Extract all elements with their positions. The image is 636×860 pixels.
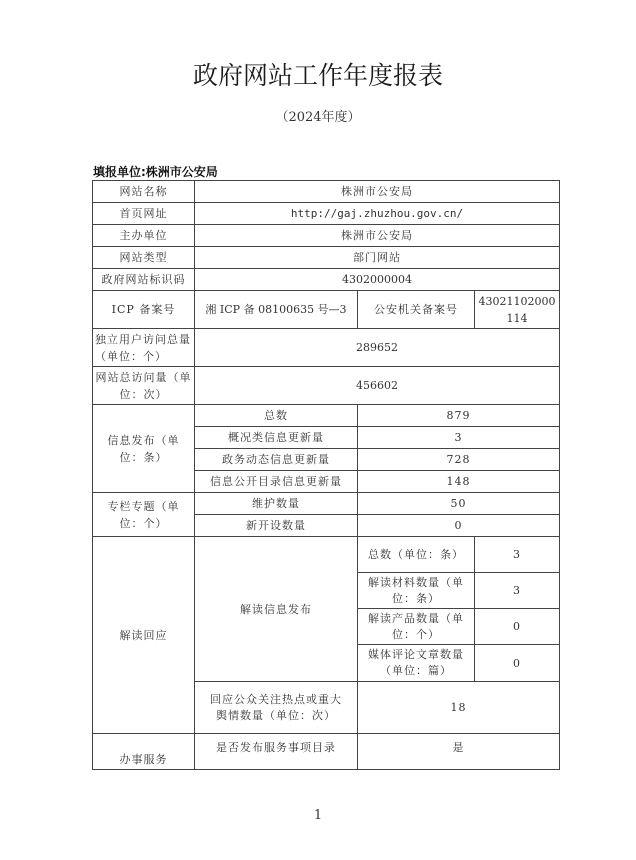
police-label: 公安机关备案号: [358, 291, 475, 329]
report-table: 网站名称 株洲市公安局 首页网址 http://gaj.zhuzhou.gov.…: [92, 180, 560, 770]
label-cell: 政府网站标识码: [93, 269, 195, 291]
police-value: 43021102000114: [475, 291, 560, 329]
value-cell: 879: [358, 405, 560, 427]
row-unique-visitors: 独立用户访问总量（单位：个） 289652: [93, 329, 560, 367]
value-cell: 289652: [195, 329, 560, 367]
columns-label: 专栏专题（单位：个）: [93, 493, 195, 537]
sub-label: 新开设数量: [195, 515, 358, 537]
interpret-sub-label: 解读信息发布: [195, 537, 358, 682]
sub-label: 概况类信息更新量: [195, 427, 358, 449]
interpret-label: 解读回应: [93, 537, 195, 734]
row-site-name: 网站名称 株洲市公安局: [93, 181, 560, 203]
info-publish-label: 信息发布（单位：条）: [93, 405, 195, 493]
service-label: 办事服务: [93, 734, 195, 770]
row-total-visits: 网站总访问量（单位：次） 456602: [93, 367, 560, 405]
label-cell: 网站类型: [93, 247, 195, 269]
value-cell: 456602: [195, 367, 560, 405]
sub-label: 媒体评论文章数量（单位：篇）: [358, 645, 475, 682]
value-cell: 3: [475, 573, 560, 609]
icp-value: 湘 ICP 备 08100635 号—3: [195, 291, 358, 329]
value-cell: 株洲市公安局: [195, 225, 560, 247]
value-cell: 株洲市公安局: [195, 181, 560, 203]
row-site-type: 网站类型 部门网站: [93, 247, 560, 269]
report-year: （2024年度）: [0, 106, 636, 125]
row-info-total: 信息发布（单位：条） 总数 879: [93, 405, 560, 427]
row-site-id: 政府网站标识码 4302000004: [93, 269, 560, 291]
label-cell: 独立用户访问总量（单位：个）: [93, 329, 195, 367]
value-cell: 是: [358, 734, 560, 770]
row-interpret-total: 解读回应 解读信息发布 总数（单位：条） 3: [93, 537, 560, 573]
label-cell: ICP 备案号: [93, 291, 195, 329]
value-cell: 728: [358, 449, 560, 471]
url-cell: http://gaj.zhuzhou.gov.cn/: [195, 203, 560, 225]
value-cell: 3: [358, 427, 560, 449]
sub-label: 政务动态信息更新量: [195, 449, 358, 471]
fill-unit: 填报单位:株洲市公安局: [93, 163, 218, 180]
row-sponsor: 主办单位 株洲市公安局: [93, 225, 560, 247]
sub-label: 解读产品数量（单位：个）: [358, 609, 475, 645]
page-number: 1: [0, 808, 636, 823]
value-cell: 部门网站: [195, 247, 560, 269]
value-cell: 148: [358, 471, 560, 493]
value-cell: 50: [358, 493, 560, 515]
label-cell: 网站总访问量（单位：次）: [93, 367, 195, 405]
page-title: 政府网站工作年度报表: [0, 56, 636, 92]
label-cell: 首页网址: [93, 203, 195, 225]
value-cell: 0: [475, 609, 560, 645]
label-cell: 主办单位: [93, 225, 195, 247]
value-cell: 18: [358, 682, 560, 734]
sub-label: 信息公开目录信息更新量: [195, 471, 358, 493]
sub-label: 是否发布服务事项目录: [195, 734, 358, 770]
value-cell: 0: [358, 515, 560, 537]
row-service-catalog: 办事服务 是否发布服务事项目录 是: [93, 734, 560, 770]
sub-label: 总数（单位：条）: [358, 537, 475, 573]
row-icp: ICP 备案号 湘 ICP 备 08100635 号—3 公安机关备案号 430…: [93, 291, 560, 329]
value-cell: 0: [475, 645, 560, 682]
response-label: 回应公众关注热点或重大舆情数量（单位：次）: [195, 682, 358, 734]
value-cell: 3: [475, 537, 560, 573]
row-homepage-url: 首页网址 http://gaj.zhuzhou.gov.cn/: [93, 203, 560, 225]
sub-label: 维护数量: [195, 493, 358, 515]
sub-label: 解读材料数量（单位：条）: [358, 573, 475, 609]
row-columns-maintained: 专栏专题（单位：个） 维护数量 50: [93, 493, 560, 515]
sub-label: 总数: [195, 405, 358, 427]
label-cell: 网站名称: [93, 181, 195, 203]
value-cell: 4302000004: [195, 269, 560, 291]
